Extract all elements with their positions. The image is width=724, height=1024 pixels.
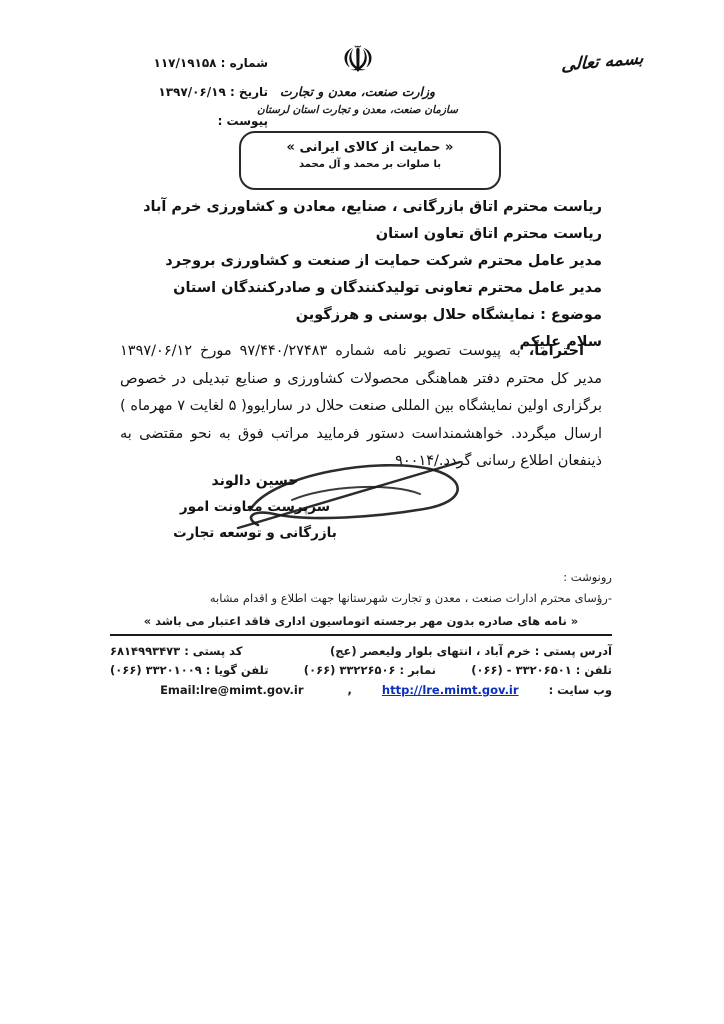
letterhead-footer: آدرس پستی : خرم آباد ، انتهای بلوار ولیع… (110, 634, 612, 700)
recipient-block: ریاست محترم اتاق بازرگانی ، صنایع، معادن… (120, 194, 602, 356)
slogan-title: « حمایت از کالای ایرانی » (241, 140, 499, 155)
signer-name: حسین دالوند (165, 468, 345, 494)
cc-block: رونوشت : -رؤسای محترم ادارات صنعت ، معدن… (120, 566, 612, 608)
postal-address: آدرس پستی : خرم آباد ، انتهای بلوار ولیع… (330, 642, 612, 661)
email-address[interactable]: Email:lre@mimt.gov.ir (160, 680, 303, 700)
body-lead: احتراماً، (529, 343, 584, 359)
letter-meta: شماره : ۱۱۷/۱۹۱۵۸ تاریخ : ۱۳۹۷/۰۶/۱۹ پیو… (136, 52, 268, 139)
letter-body: احتراماً، به پیوست تصویر نامه شماره ۹۷/۴… (120, 338, 602, 476)
letter-page: بسمه تعالی ☫ وزارت صنعت، معدن و تجارت سا… (0, 0, 724, 1024)
ministry-name: وزارت صنعت، معدن و تجارت (250, 84, 465, 99)
cc-item: -رؤسای محترم ادارات صنعت ، معدن و تجارت … (120, 588, 612, 608)
cc-label: رونوشت : (120, 566, 612, 588)
postal-code: کد پستی : ۶۸۱۴۹۹۳۴۷۳ (110, 642, 243, 661)
letter-date: تاریخ : ۱۳۹۷/۰۶/۱۹ (136, 81, 268, 110)
footer-address-row: آدرس پستی : خرم آباد ، انتهای بلوار ولیع… (110, 642, 612, 661)
organization-name: سازمان صنعت، معدن و تجارت استان لرستان (235, 104, 480, 116)
slogan-subtitle: با صلوات بر محمد و آل محمد (241, 159, 499, 170)
signer-title-line2: بازرگانی و توسعه تجارت (165, 520, 345, 546)
validity-note: « نامه های صادره بدون مهر برجسته اتوماسی… (110, 614, 612, 628)
signature-block: حسین دالوند سرپرست معاونت امور بازرگانی … (165, 468, 345, 546)
subject-line: موضوع : نمایشگاه حلال بوسنی و هرزگوین (120, 302, 602, 329)
phone-number: تلفن : ۳۳۲۰۶۵۰۱ - (۰۶۶) (471, 661, 612, 680)
recipient-line: ریاست محترم اتاق تعاون استان (120, 221, 602, 248)
footer-web-row: وب سایت : http://lre.mimt.gov.ir , Email… (110, 680, 612, 700)
website-label: وب سایت : (549, 680, 612, 700)
voice-phone-number: تلفن گویا : ۳۳۲۰۱۰۰۹ (۰۶۶) (110, 661, 269, 680)
recipient-line: مدیر عامل محترم شرکت حمایت از صنعت و کشا… (120, 248, 602, 275)
signer-title-line1: سرپرست معاونت امور (165, 494, 345, 520)
iran-allah-emblem-icon: ☫ (322, 40, 394, 80)
recipient-line: ریاست محترم اتاق بازرگانی ، صنایع، معادن… (120, 194, 602, 221)
body-text: به پیوست تصویر نامه شماره ۹۷/۴۴۰/۲۷۴۸۳ م… (120, 343, 602, 469)
bismillah-calligraphy: بسمه تعالی (545, 47, 661, 77)
separator-comma: , (348, 680, 352, 700)
website-link[interactable]: http://lre.mimt.gov.ir (382, 680, 519, 700)
recipient-line: مدیر عامل محترم تعاونی تولیدکنندگان و صا… (120, 275, 602, 302)
year-slogan-box: « حمایت از کالای ایرانی » با صلوات بر مح… (239, 131, 501, 190)
fax-number: نمابر : ۳۳۲۲۶۵۰۶ (۰۶۶) (304, 661, 436, 680)
footer-phone-row: تلفن : ۳۳۲۰۶۵۰۱ - (۰۶۶) نمابر : ۳۳۲۲۶۵۰۶… (110, 661, 612, 680)
letter-number: شماره : ۱۱۷/۱۹۱۵۸ (136, 52, 268, 81)
